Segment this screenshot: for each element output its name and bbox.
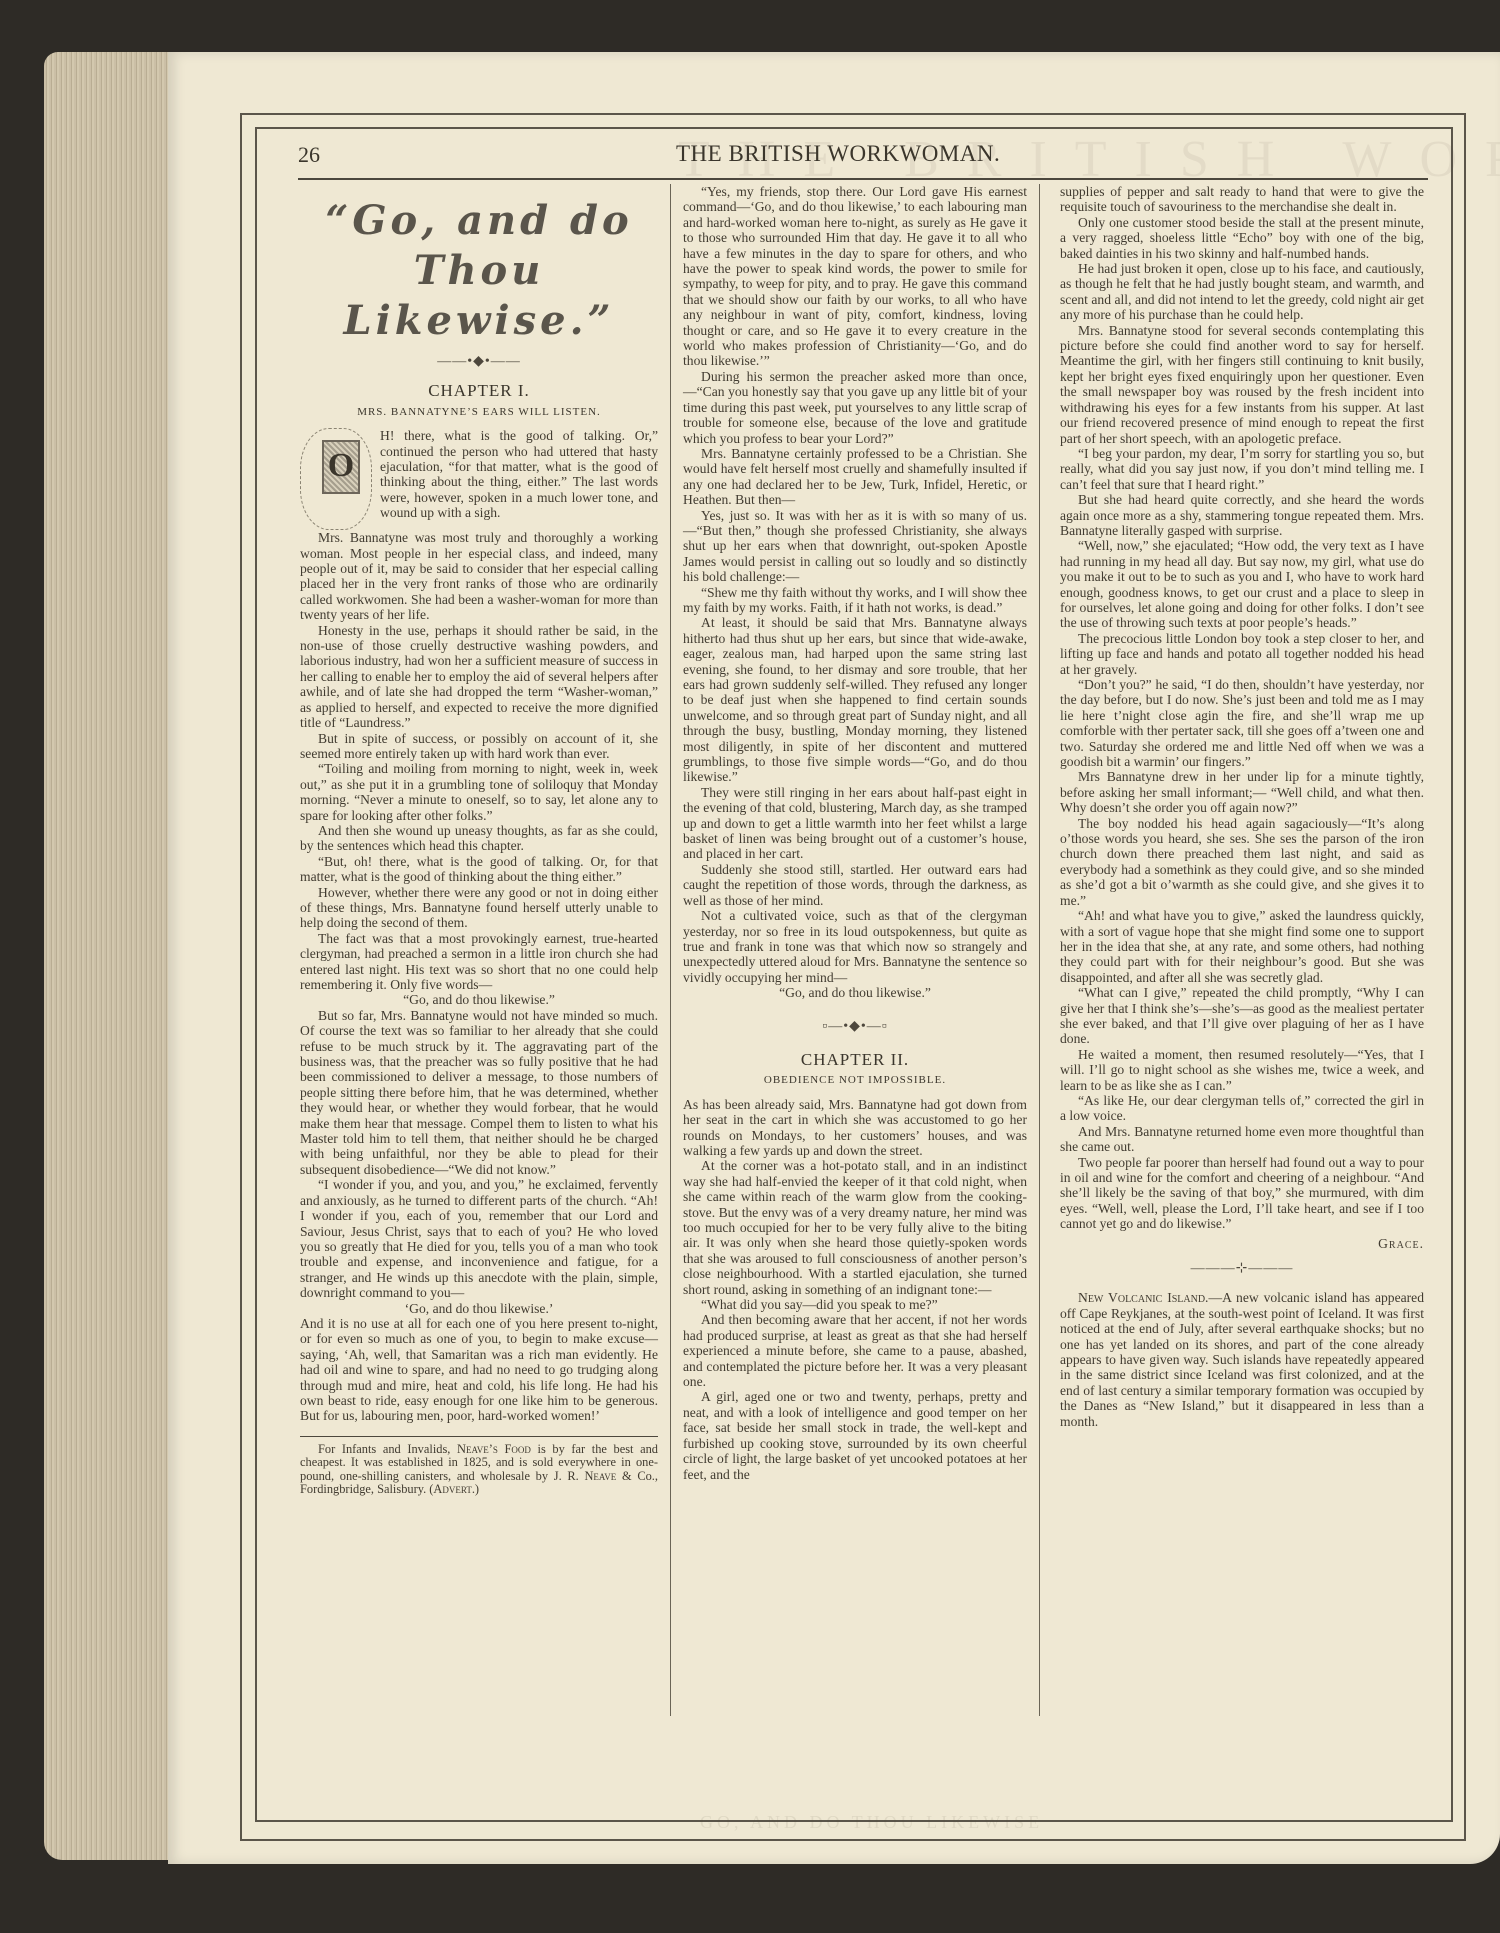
paragraph: Yes, just so. It was with her as it is w… <box>683 508 1027 585</box>
news-item: New Volcanic Island.—A new volcanic isla… <box>1060 1290 1424 1429</box>
opening-paragraph-block: O H! there, what is the good of talking.… <box>300 428 658 530</box>
paragraph: But in spite of success, or possibly on … <box>300 731 658 762</box>
paragraph: Suddenly she stood still, startled. Her … <box>683 862 1027 908</box>
paragraph: He had just broken it open, close up to … <box>1060 261 1424 323</box>
book-page-edges <box>44 52 174 1860</box>
paragraph: And then becoming aware that her accent,… <box>683 1312 1027 1389</box>
paragraph: And then she wound up uneasy thoughts, a… <box>300 823 658 854</box>
ornamental-dropcap-icon: O <box>300 428 372 530</box>
paragraph: “Ah! and what have you to give,” asked t… <box>1060 908 1424 985</box>
paragraph: “What did you say—did you speak to me?” <box>683 1297 1027 1312</box>
text-quote: “Go, and do thou likewise.” <box>683 985 1027 1000</box>
paragraph: “I beg your pardon, my dear, I’m sorry f… <box>1060 446 1424 492</box>
paragraph: Mrs Bannatyne drew in her under lip for … <box>1060 769 1424 815</box>
paragraph: “Toiling and moiling from morning to nig… <box>300 761 658 823</box>
chapter-2-subheading: OBEDIENCE NOT IMPOSSIBLE. <box>683 1073 1027 1088</box>
paragraph: “Don’t you?” he said, “I do then, should… <box>1060 677 1424 769</box>
advertisement: For Infants and Invalids, Neave’s Food i… <box>300 1443 658 1497</box>
running-title: THE BRITISH WORKWOMAN. <box>676 141 1000 167</box>
column-2: “Yes, my friends, stop there. Our Lord g… <box>670 184 1040 1716</box>
chapter-1-subheading: MRS. BANNATYNE’S EARS WILL LISTEN. <box>300 405 658 420</box>
news-item-title: New Volcanic Island. <box>1078 1290 1208 1305</box>
author-signature: Grace. <box>1060 1236 1424 1251</box>
paragraph: Two people far poorer than herself had f… <box>1060 1155 1424 1232</box>
text-quote: ‘Go, and do thou likewise.’ <box>300 1301 658 1316</box>
paragraph: Not a cultivated voice, such as that of … <box>683 908 1027 985</box>
title-ornament: ——•◆•—— <box>300 354 658 369</box>
paragraph: “Yes, my friends, stop there. Our Lord g… <box>683 184 1027 369</box>
paragraph: And Mrs. Bannatyne returned home even mo… <box>1060 1124 1424 1155</box>
paragraph: They were still ringing in her ears abou… <box>683 785 1027 862</box>
paragraph: A girl, aged one or two and twenty, perh… <box>683 1389 1027 1481</box>
paragraph: Mrs. Bannatyne certainly professed to be… <box>683 446 1027 508</box>
column-1: “Go, and do Thou Likewise.” ——•◆•—— CHAP… <box>300 184 658 1496</box>
text-quote: “Go, and do thou likewise.” <box>300 992 658 1007</box>
paragraph: Mrs. Bannatyne stood for several seconds… <box>1060 323 1424 446</box>
paragraph: “As like He, our dear clergyman tells of… <box>1060 1093 1424 1124</box>
advert-label: (Advert.) <box>429 1482 479 1496</box>
chapter-2-heading: CHAPTER II. <box>683 1052 1027 1067</box>
advert-divider <box>300 1436 658 1437</box>
paragraph: Honesty in the use, perhaps it should ra… <box>300 623 658 731</box>
page-number: 26 <box>298 142 320 168</box>
page-header: THE BRITISH WORKWOMAN 26 THE BRITISH WOR… <box>298 138 1428 180</box>
paragraph: “But, oh! there, what is the good of tal… <box>300 854 658 885</box>
paragraph: As has been already said, Mrs. Bannatyne… <box>683 1097 1027 1159</box>
paragraph: “Shew me thy faith without thy works, an… <box>683 585 1027 616</box>
paragraph: Only one customer stood beside the stall… <box>1060 215 1424 261</box>
paragraph: However, whether there were any good or … <box>300 885 658 931</box>
paragraph: “Well, now,” she ejaculated; “How odd, t… <box>1060 538 1424 630</box>
section-ornament: ———⊹——— <box>1060 1261 1424 1276</box>
paragraph: Mrs. Bannatyne was most truly and thorou… <box>300 530 658 622</box>
bleed-through-footer: GO, AND DO THOU LIKEWISE <box>700 1812 1043 1833</box>
chapter-1-heading: CHAPTER I. <box>300 383 658 398</box>
section-ornament: ▫—•◆•—▫ <box>683 1019 1027 1034</box>
paragraph: “What can I give,” repeated the child pr… <box>1060 985 1424 1047</box>
paragraph: The precocious little London boy took a … <box>1060 631 1424 677</box>
paragraph: “I wonder if you, and you, and you,” he … <box>300 1177 658 1300</box>
paragraph: The boy nodded his head again sagaciousl… <box>1060 816 1424 908</box>
paragraph: At the corner was a hot-potato stall, an… <box>683 1158 1027 1297</box>
paragraph: During his sermon the preacher asked mor… <box>683 369 1027 446</box>
paragraph: At least, it should be said that Mrs. Ba… <box>683 615 1027 784</box>
paragraph: The fact was that a most provokingly ear… <box>300 931 658 993</box>
paragraph: But so far, Mrs. Bannatyne would not hav… <box>300 1008 658 1177</box>
news-item-body: —A new volcanic island has appeared off … <box>1060 1290 1424 1428</box>
paragraph: supplies of pepper and salt ready to han… <box>1060 184 1424 215</box>
dropcap-letter: O <box>322 440 360 494</box>
column-3: supplies of pepper and salt ready to han… <box>1052 184 1424 1429</box>
advert-maker: Neave <box>584 1469 616 1483</box>
opening-paragraph: H! there, what is the good of talking. O… <box>380 428 658 530</box>
advert-text: For Infants and Invalids, <box>318 1442 457 1456</box>
paragraph: But she had heard quite correctly, and s… <box>1060 492 1424 538</box>
paragraph: And it is no use at all for each one of … <box>300 1316 658 1424</box>
advert-brand: Neave’s Food <box>457 1442 531 1456</box>
story-title: “Go, and do Thou Likewise.” <box>300 196 658 346</box>
paragraph: He waited a moment, then resumed resolut… <box>1060 1047 1424 1093</box>
